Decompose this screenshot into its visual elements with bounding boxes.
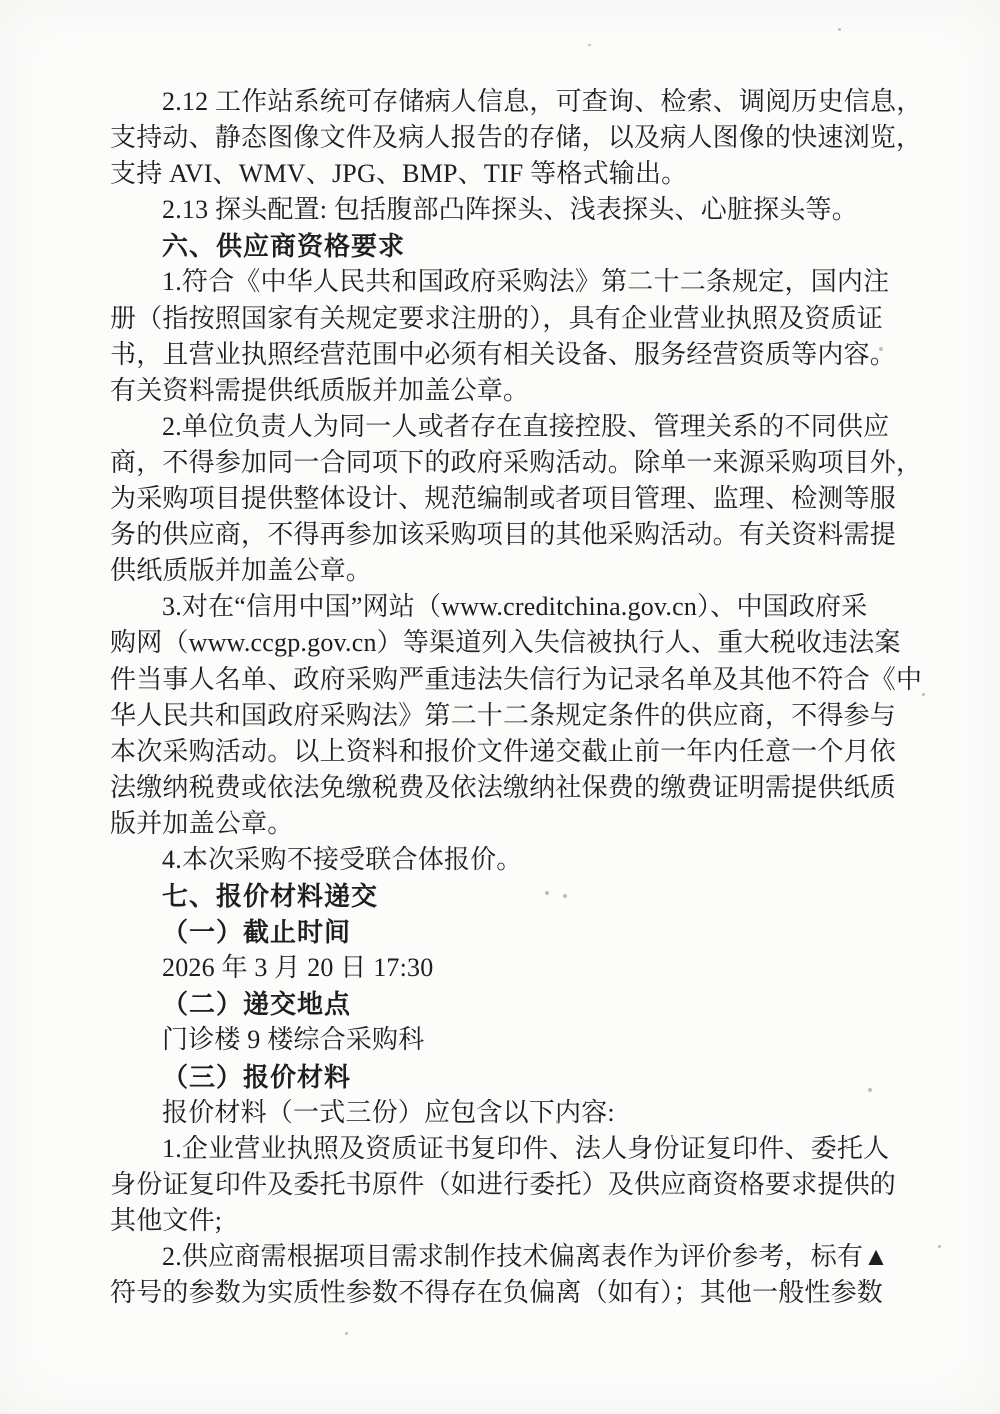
text-line: 商，不得参加同一合同项下的政府采购活动。除单一来源采购项目外， [110, 445, 894, 481]
text-line: 2.单位负责人为同一人或者存在直接控股、管理关系的不同供应 [110, 409, 894, 445]
heading-line: 六、供应商资格要求 [110, 228, 894, 264]
document-body: 2.12 工作站系统可存储病人信息，可查询、检索、调阅历史信息，支持动、静态图像… [110, 84, 894, 1311]
scan-speck [938, 1245, 941, 1248]
text-line: 支持 AVI、WMV、JPG、BMP、TIF 等格式输出。 [110, 156, 894, 192]
heading-line: （二）递交地点 [110, 986, 894, 1022]
text-line: 2.12 工作站系统可存储病人信息，可查询、检索、调阅历史信息， [110, 84, 894, 120]
text-line: 件当事人名单、政府采购严重违法失信行为记录名单及其他不符合《中 [110, 662, 894, 698]
text-line: 本次采购活动。以上资料和报价文件递交截止前一年内任意一个月依 [110, 734, 894, 770]
text-line: 供纸质版并加盖公章。 [110, 553, 894, 589]
text-line: 法缴纳税费或依法免缴税费及依法缴纳社保费的缴费证明需提供纸质 [110, 770, 894, 806]
text-line: 购网（www.ccgp.gov.cn）等渠道列入失信被执行人、重大税收违法案 [110, 625, 894, 661]
text-line: 门诊楼 9 楼综合采购科 [110, 1022, 894, 1058]
text-line: 4.本次采购不接受联合体报价。 [110, 842, 894, 878]
text-line: 1.符合《中华人民共和国政府采购法》第二十二条规定，国内注 [110, 264, 894, 300]
text-line: 册（指按照国家有关规定要求注册的），具有企业营业执照及资质证 [110, 301, 894, 337]
text-line: 为采购项目提供整体设计、规范编制或者项目管理、监理、检测等服 [110, 481, 894, 517]
text-line: 报价材料（一式三份）应包含以下内容: [110, 1095, 894, 1131]
scan-speck [588, 44, 591, 46]
heading-line: （一）截止时间 [110, 914, 894, 950]
text-line: 1.企业营业执照及资质证书复印件、法人身份证复印件、委托人 [110, 1131, 894, 1167]
scan-speck [922, 693, 925, 696]
text-line: 3.对在“信用中国”网站（www.creditchina.gov.cn）、中国政… [110, 589, 894, 625]
text-line: 2026 年 3 月 20 日 17:30 [110, 950, 894, 986]
text-line: 其他文件; [110, 1203, 894, 1239]
text-line: 务的供应商，不得再参加该采购项目的其他采购活动。有关资料需提 [110, 517, 894, 553]
text-line: 身份证复印件及委托书原件（如进行委托）及供应商资格要求提供的 [110, 1167, 894, 1203]
text-line: 支持动、静态图像文件及病人报告的存储，以及病人图像的快速浏览， [110, 120, 894, 156]
text-line: 有关资料需提供纸质版并加盖公章。 [110, 373, 894, 409]
heading-line: 七、报价材料递交 [110, 878, 894, 914]
text-line: 2.13 探头配置: 包括腹部凸阵探头、浅表探头、心脏探头等。 [110, 192, 894, 228]
scan-speck [345, 1332, 348, 1335]
scan-speck [838, 28, 841, 31]
text-line: 书，且营业执照经营范围中必须有相关设备、服务经营资质等内容。 [110, 337, 894, 373]
text-line: 版并加盖公章。 [110, 806, 894, 842]
text-line: 符号的参数为实质性参数不得存在负偏离（如有）；其他一般性参数 [110, 1275, 894, 1311]
text-line: 2.供应商需根据项目需求制作技术偏离表作为评价参考，标有▲ [110, 1239, 894, 1275]
text-line: 华人民共和国政府采购法》第二十二条规定条件的供应商，不得参与 [110, 698, 894, 734]
document-page: 2.12 工作站系统可存储病人信息，可查询、检索、调阅历史信息，支持动、静态图像… [0, 0, 1000, 1414]
heading-line: （三）报价材料 [110, 1059, 894, 1095]
